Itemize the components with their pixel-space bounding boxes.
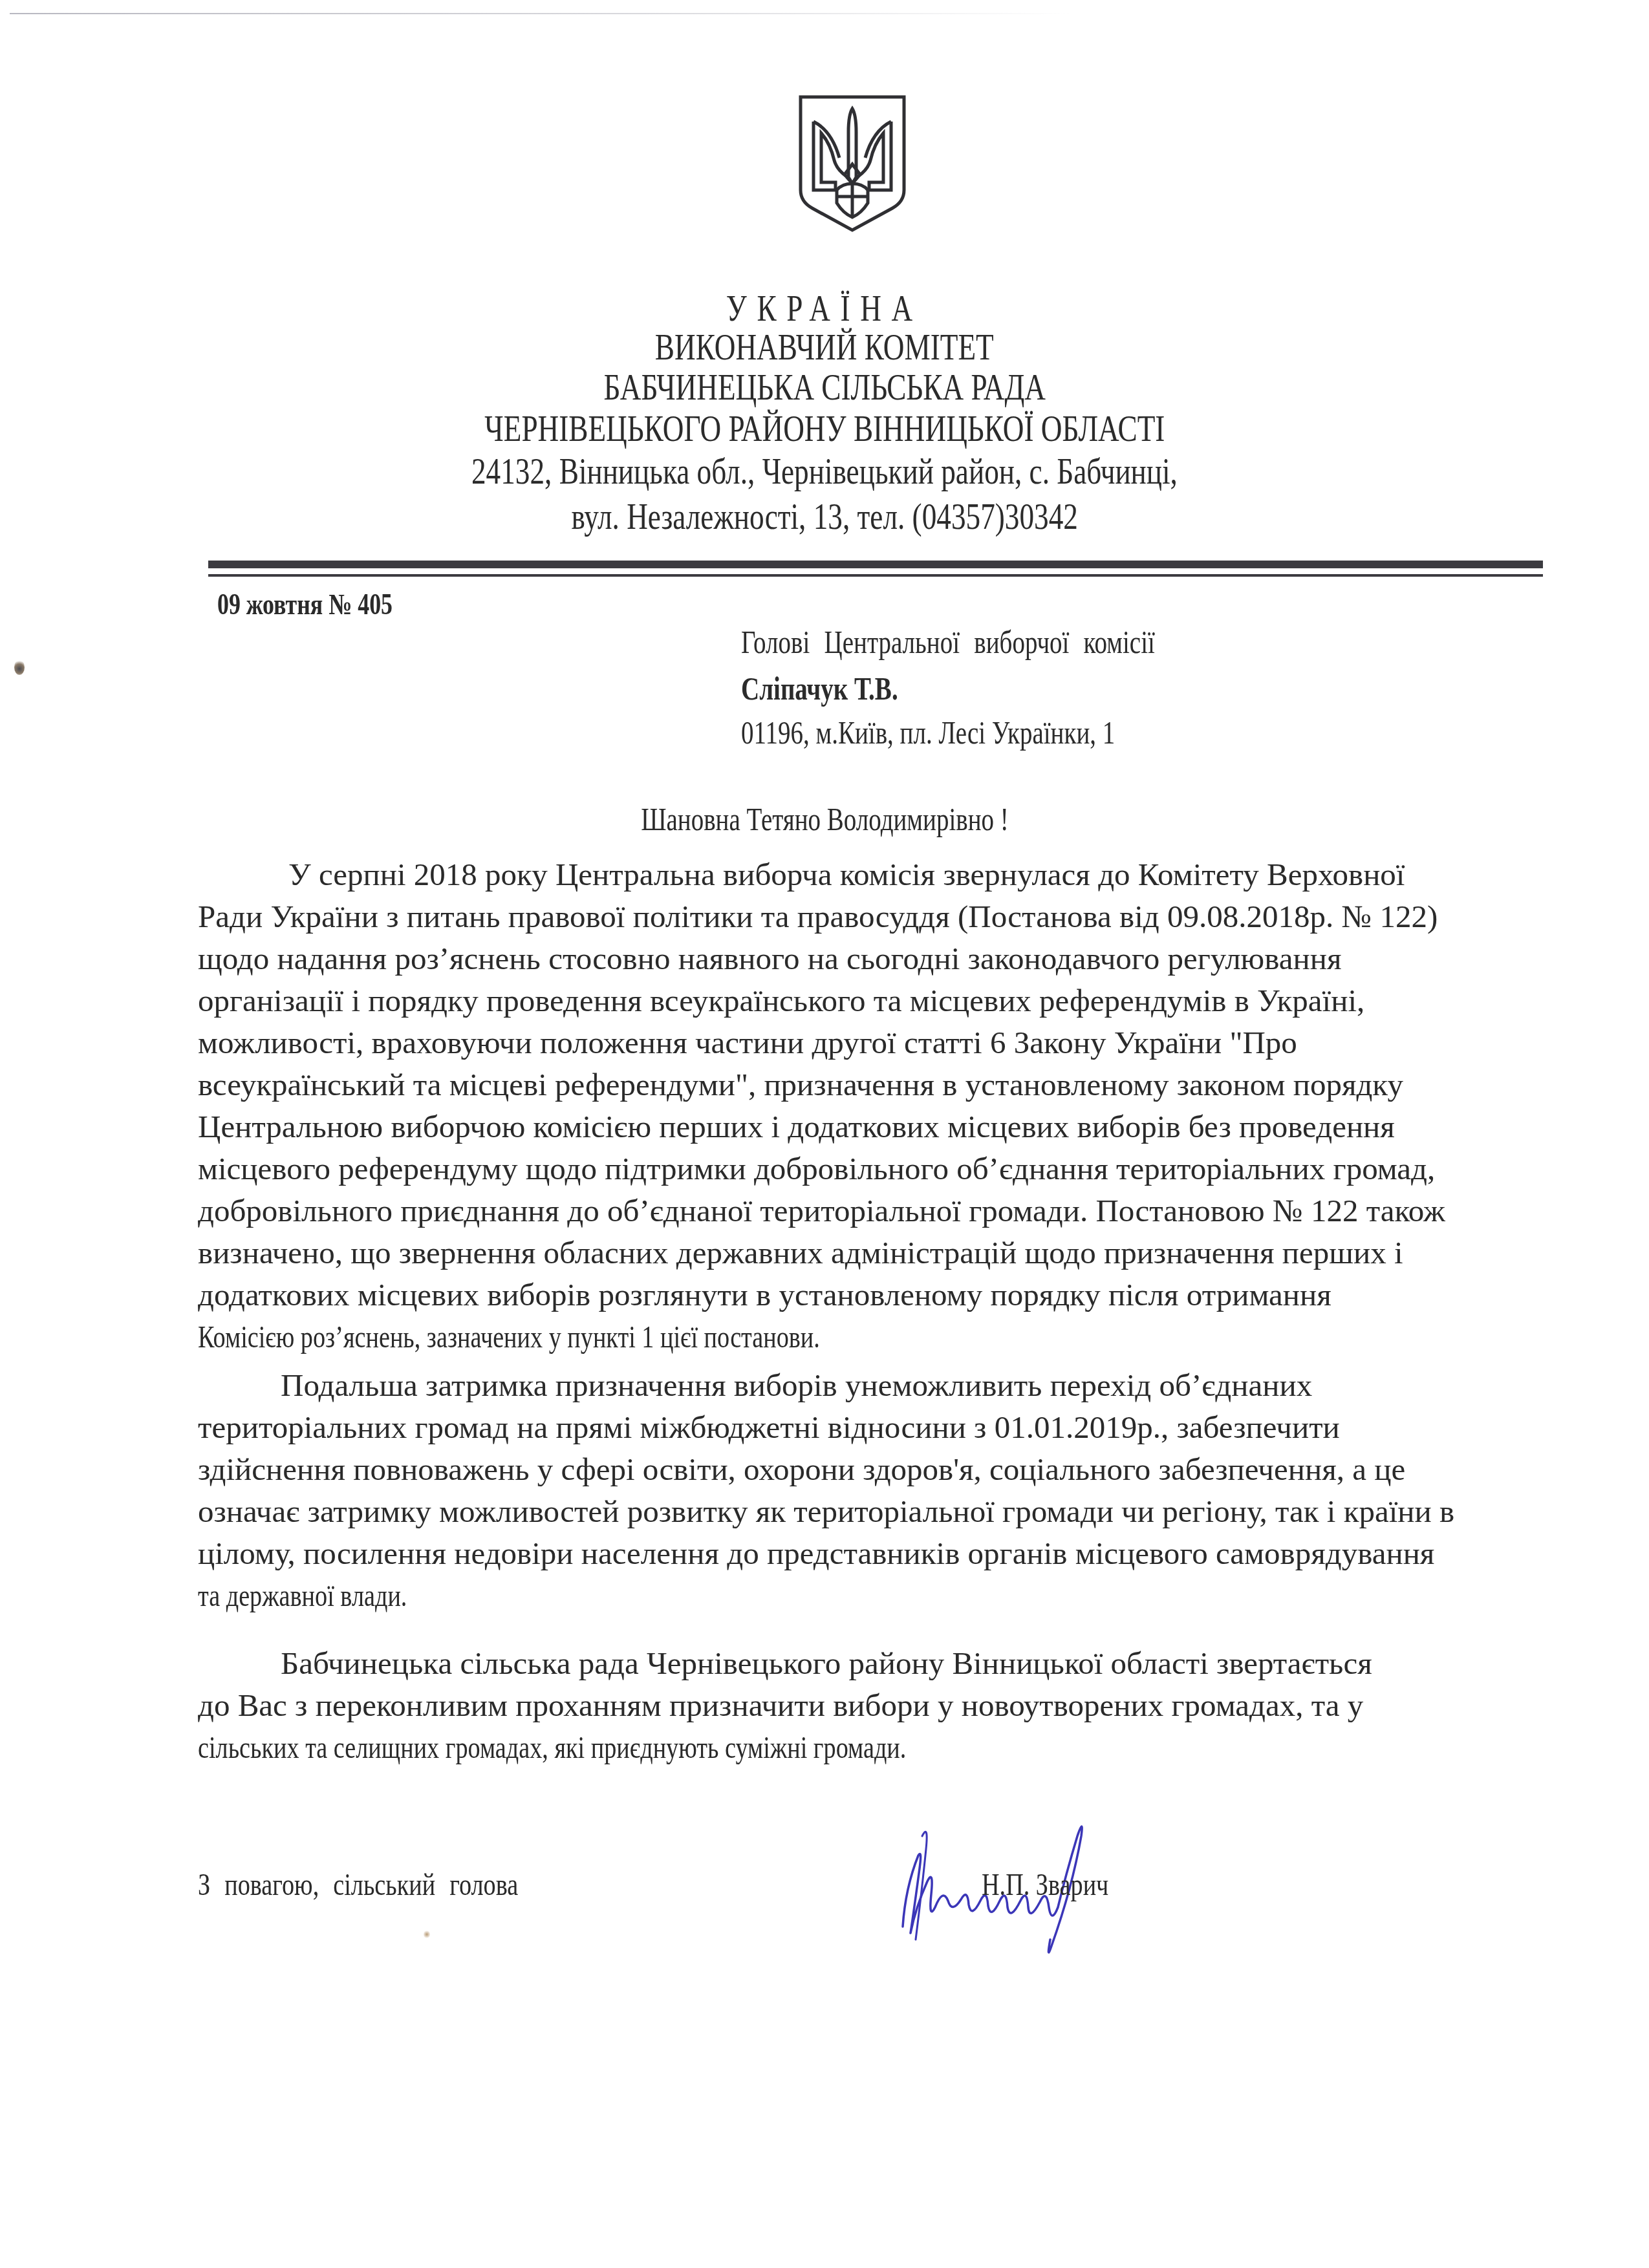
body-paragraph-2: Подальша затримка призначення виборів ун… xyxy=(198,1364,1535,1616)
letterhead-address: 24132, Вінницька обл., Чернівецький райо… xyxy=(0,453,1649,490)
letterhead-divider-thin xyxy=(208,574,1543,577)
body-paragraph-1: У серпні 2018 року Центральна виборча ко… xyxy=(198,853,1535,1358)
recipient-title: Голові Центральної виборчої комісії xyxy=(741,626,1271,658)
signatory-name: Н.П. Зварич xyxy=(982,1868,1145,1900)
recipient-name: Сліпачук Т.В. xyxy=(741,672,942,705)
letter-page: УКРАЇНА ВИКОНАВЧИЙ КОМІТЕТ БАБЧИНЕЦЬКА С… xyxy=(0,0,1649,2268)
letterhead-district: ЧЕРНІВЕЦЬКОГО РАЙОНУ ВІННИЦЬКОЇ ОБЛАСТІ xyxy=(0,410,1649,447)
letterhead-committee: ВИКОНАВЧИЙ КОМІТЕТ xyxy=(0,328,1649,366)
body-line: Подальша затримка призначення виборів ун… xyxy=(198,1364,1535,1406)
body-line: Комісією роз’яснень, зазначених у пункті… xyxy=(198,1316,1535,1358)
letterhead-country: УКРАЇНА xyxy=(0,290,1649,327)
outgoing-date-number: 09 жовтня № 405 xyxy=(217,590,442,619)
body-line: всеукраїнський та місцеві референдуми", … xyxy=(198,1064,1535,1106)
body-line: щодо надання роз’яснень стосовно наявног… xyxy=(198,937,1535,979)
body-line: визначено, що звернення обласних державн… xyxy=(198,1232,1535,1274)
scan-speck-artifact xyxy=(14,659,25,675)
body-line: до Вас з переконливим проханням призначи… xyxy=(198,1684,1535,1726)
body-line: організації і порядку проведення всеукра… xyxy=(198,979,1535,1022)
coat-of-arms-icon xyxy=(797,93,908,234)
body-line: У серпні 2018 року Центральна виборча ко… xyxy=(198,853,1535,895)
body-line: добровільного приєднання до об’єднаної т… xyxy=(198,1190,1535,1232)
letterhead-council: БАБЧИНЕЦЬКА СІЛЬСЬКА РАДА xyxy=(0,369,1649,406)
body-line: додаткових місцевих виборів розглянути в… xyxy=(198,1274,1535,1316)
body-paragraph-3: Бабчинецька сільська рада Чернівецького … xyxy=(198,1642,1535,1768)
body-line: сільських та селищних громадах, які приє… xyxy=(198,1726,1535,1768)
body-line: цілому, посилення недовіри населення до … xyxy=(198,1532,1535,1574)
body-line: місцевого референдуму щодо підтримки доб… xyxy=(198,1148,1535,1190)
scan-edge-artifact xyxy=(10,13,1070,14)
body-line: здійснення повноважень у сфері освіти, о… xyxy=(198,1448,1535,1490)
signature-block: З повагою, сільський голова Н.П. Зварич xyxy=(198,1868,1233,1946)
recipient-address: 01196, м.Київ, пл. Лесі Українки, 1 xyxy=(741,716,1220,749)
body-line: Бабчинецька сільська рада Чернівецького … xyxy=(198,1642,1535,1684)
letterhead-divider-thick xyxy=(208,561,1543,568)
closing-label: З повагою, сільський голова xyxy=(198,1868,609,1900)
body-line: означає затримку можливостей розвитку як… xyxy=(198,1490,1535,1532)
body-line: територіальних громад на прямі міжбюджет… xyxy=(198,1406,1535,1448)
body-line: та державної влади. xyxy=(198,1574,1535,1616)
letterhead-contacts: вул. Незалежності, 13, тел. (04357)30342 xyxy=(0,498,1649,535)
salutation: Шановна Тетяно Володимирівно ! xyxy=(0,803,1649,835)
body-line: Центральною виборчою комісією перших і д… xyxy=(198,1106,1535,1148)
body-line: Ради України з питань правової політики … xyxy=(198,895,1535,937)
body-line: можливості, враховуючи положення частини… xyxy=(198,1022,1535,1064)
